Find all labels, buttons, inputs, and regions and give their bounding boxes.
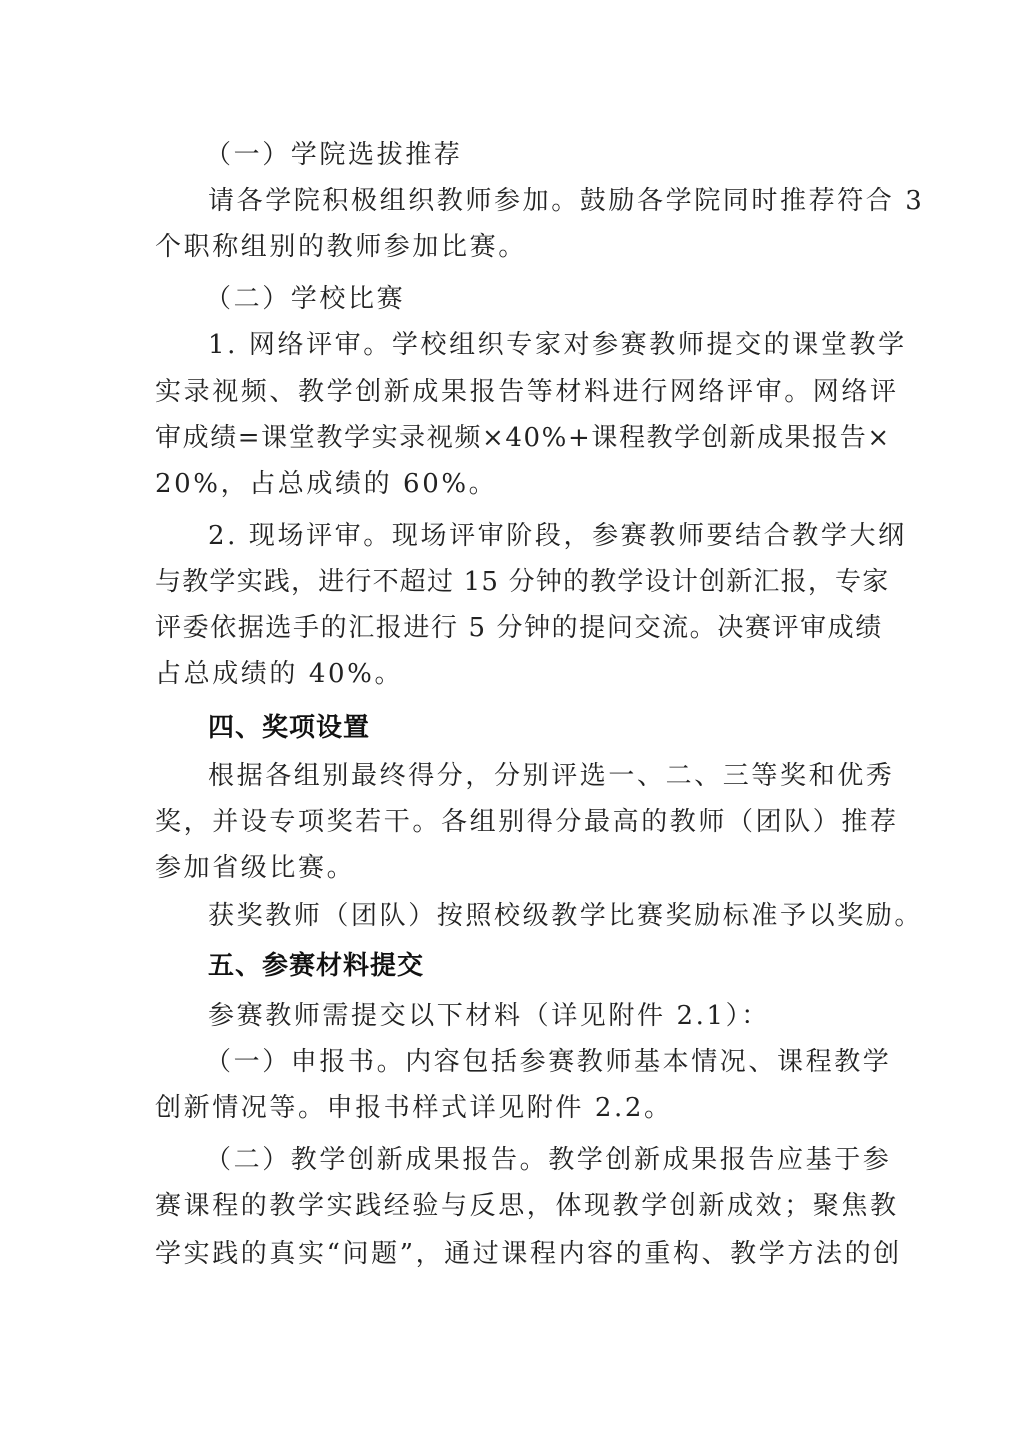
paragraph-line: 评委依据选手的汇报进行 5 分钟的提问交流。决赛评审成绩	[155, 613, 883, 643]
paragraph-line: 获奖教师（团队）按照校级教学比赛奖励标准予以奖励。	[208, 901, 923, 931]
paragraph-line: 实录视频、教学创新成果报告等材料进行网络评审。网络评	[155, 377, 899, 407]
document-page: （一）学院选拔推荐 请各学院积极组织教师参加。鼓励各学院同时推荐符合 3 个职称…	[0, 0, 1024, 1448]
paragraph-line: 参赛教师需提交以下材料（详见附件 2.1）：	[208, 1001, 770, 1031]
paragraph-line: 创新情况等。申报书样式详见附件 2.2。	[155, 1093, 673, 1123]
section-heading-materials: 五、参赛材料提交	[208, 951, 424, 981]
paragraph-line: 个职称组别的教师参加比赛。	[155, 232, 527, 262]
paragraph-line: 2. 现场评审。现场评审阶段，参赛教师要结合教学大纲	[208, 521, 907, 551]
paragraph-line: 学实践的真实“问题”，通过课程内容的重构、教学方法的创	[155, 1239, 902, 1269]
paragraph-line: 与教学实践，进行不超过 15 分钟的教学设计创新汇报，专家	[155, 567, 889, 597]
paragraph-line: 20%，占总成绩的 60%。	[155, 469, 497, 499]
paragraph-line: 赛课程的教学实践经验与反思，体现教学创新成效；聚焦教	[155, 1191, 899, 1221]
paragraph-line: 审成绩=课堂教学实录视频×40%+课程教学创新成果报告×	[155, 423, 891, 453]
paragraph-line: 请各学院积极组织教师参加。鼓励各学院同时推荐符合 3	[208, 186, 924, 216]
subheading-innovation-report: （二）教学创新成果报告。教学创新成果报告应基于参	[205, 1145, 891, 1175]
paragraph-line: 奖，并设专项奖若干。各组别得分最高的教师（团队）推荐	[155, 807, 899, 837]
subheading-application-form: （一）申报书。内容包括参赛教师基本情况、课程教学	[205, 1047, 891, 1077]
paragraph-line: 参加省级比赛。	[155, 853, 355, 883]
subheading-college-selection: （一）学院选拔推荐	[205, 140, 462, 170]
paragraph-line: 占总成绩的 40%。	[155, 659, 403, 689]
subheading-school-competition: （二）学校比赛	[205, 284, 405, 314]
paragraph-line: 1. 网络评审。学校组织专家对参赛教师提交的课堂教学	[208, 330, 907, 360]
section-heading-awards: 四、奖项设置	[208, 713, 370, 743]
paragraph-line: 根据各组别最终得分，分别评选一、二、三等奖和优秀	[208, 761, 894, 791]
